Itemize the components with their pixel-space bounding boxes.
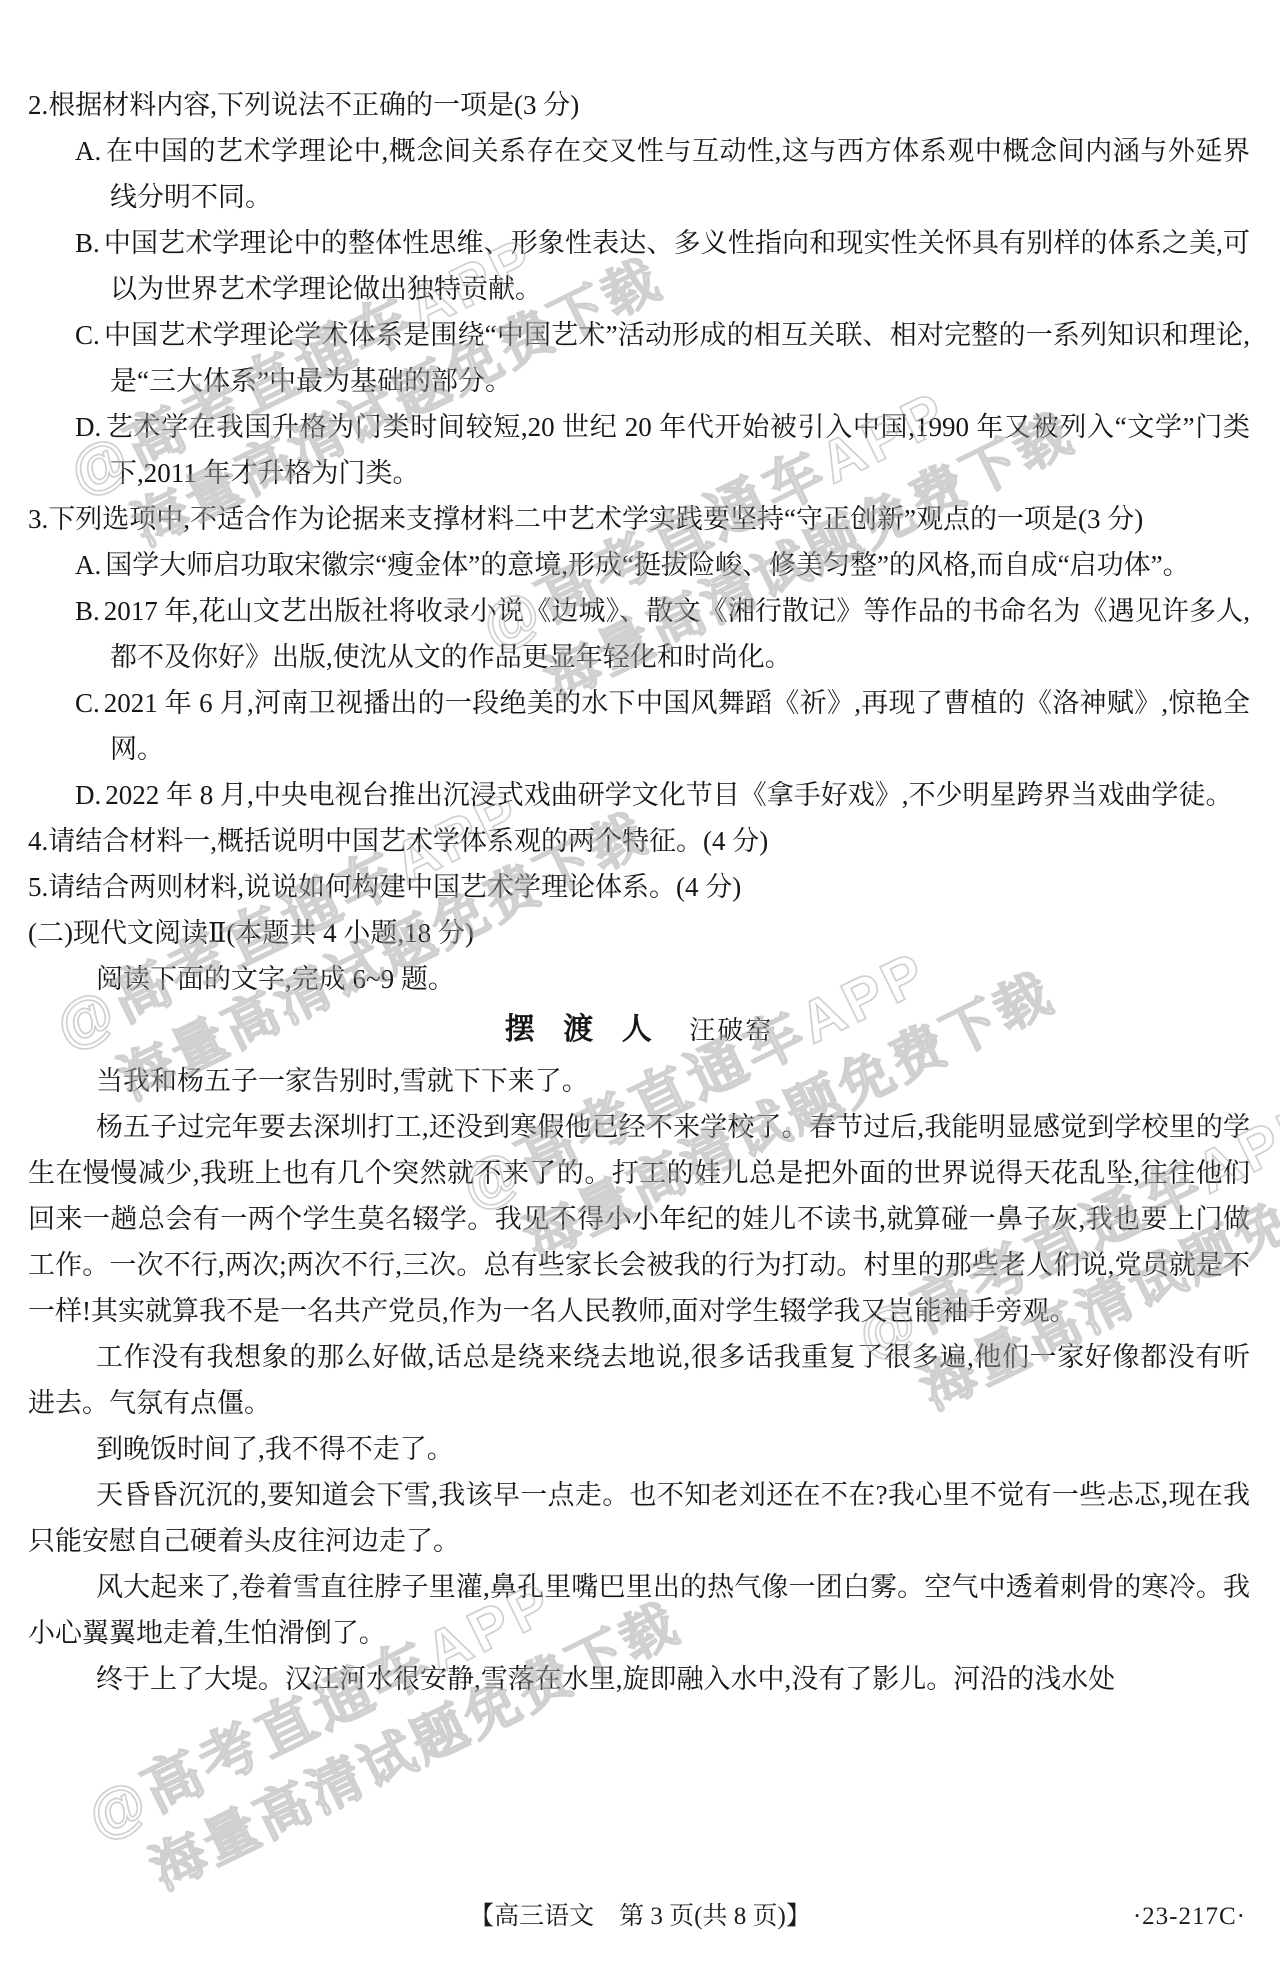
passage-title-line: 摆渡人汪破窑 <box>28 1002 1250 1058</box>
question-5-number: 5. <box>28 872 48 902</box>
question-3-option-d: D.2022 年 8 月,中央电视台推出沉浸式戏曲研学文化节目《拿手好戏》,不少… <box>28 772 1250 818</box>
question-3-option-c: C.2021 年 6 月,河南卫视播出的一段绝美的水下中国风舞蹈《祈》,再现了曹… <box>28 680 1250 772</box>
option-label: A. <box>75 136 101 166</box>
question-4-number: 4. <box>28 826 48 856</box>
option-text: 在中国的艺术学理论中,概念间关系存在交叉性与互动性,这与西方体系观中概念间内涵与… <box>105 136 1250 212</box>
option-text: 艺术学在我国升格为门类时间较短,20 世纪 20 年代开始被引入中国,1990 … <box>105 412 1250 488</box>
page-footer: 【高三语文 第 3 页(共 8 页)】 ·23-217C· <box>0 1897 1280 1937</box>
option-label: A. <box>75 550 101 580</box>
passage-title: 摆渡人 <box>505 1013 681 1046</box>
question-4-text: 请结合材料一,概括说明中国艺术学体系观的两个特征。(4 分) <box>48 826 768 856</box>
option-text: 中国艺术学理论中的整体性思维、形象性表达、多义性指向和现实性关怀具有别样的体系之… <box>104 228 1250 304</box>
option-text: 2017 年,花山文艺出版社将收录小说《边城》、散文《湘行散记》等作品的书命名为… <box>104 596 1250 672</box>
question-2-option-b: B.中国艺术学理论中的整体性思维、形象性表达、多义性指向和现实性关怀具有别样的体… <box>28 220 1250 312</box>
question-5-text: 请结合两则材料,说说如何构建中国艺术学理论体系。(4 分) <box>48 872 741 902</box>
question-3-option-a: A.国学大师启功取宋徽宗“瘦金体”的意境,形成“挺拔险峻、修美匀整”的风格,而自… <box>28 542 1250 588</box>
section-2-heading: (二)现代文阅读Ⅱ(本题共 4 小题,18 分) <box>28 910 1250 956</box>
option-label: D. <box>75 412 101 442</box>
question-2-option-c: C.中国艺术学理论学术体系是围绕“中国艺术”活动形成的相互关联、相对完整的一系列… <box>28 312 1250 404</box>
passage-paragraph: 天昏昏沉沉的,要知道会下雪,我该早一点走。也不知老刘还在不在?我心里不觉有一些忐… <box>28 1472 1250 1564</box>
passage-paragraph: 当我和杨五子一家告别时,雪就下下来了。 <box>28 1058 1250 1104</box>
question-2-stem: 2.根据材料内容,下列说法不正确的一项是(3 分) <box>28 82 1250 128</box>
reading-instruction: 阅读下面的文字,完成 6~9 题。 <box>28 956 1250 1002</box>
question-2-option-a: A.在中国的艺术学理论中,概念间关系存在交叉性与互动性,这与西方体系观中概念间内… <box>28 128 1250 220</box>
question-5-stem: 5.请结合两则材料,说说如何构建中国艺术学理论体系。(4 分) <box>28 864 1250 910</box>
passage-paragraph: 终于上了大堤。汉江河水很安静,雪落在水里,旋即融入水中,没有了影儿。河沿的浅水处 <box>28 1656 1250 1702</box>
question-2-option-d: D.艺术学在我国升格为门类时间较短,20 世纪 20 年代开始被引入中国,199… <box>28 404 1250 496</box>
question-3-stem: 3.下列选项中,不适合作为论据来支撑材料二中艺术学实践要坚持“守正创新”观点的一… <box>28 496 1250 542</box>
option-text: 2022 年 8 月,中央电视台推出沉浸式戏曲研学文化节目《拿手好戏》,不少明星… <box>105 780 1232 810</box>
passage-paragraph: 风大起来了,卷着雪直往脖子里灌,鼻孔里嘴巴里出的热气像一团白雾。空气中透着刺骨的… <box>28 1564 1250 1656</box>
option-text: 2021 年 6 月,河南卫视播出的一段绝美的水下中国风舞蹈《祈》,再现了曹植的… <box>104 688 1250 764</box>
passage-author: 汪破窑 <box>689 1016 773 1045</box>
question-3-number: 3. <box>28 504 48 534</box>
footer-paper-code: ·23-217C· <box>1133 1897 1246 1937</box>
footer-page-info: 【高三语文 第 3 页(共 8 页)】 <box>469 1903 811 1930</box>
question-2-number: 2. <box>28 90 48 120</box>
question-3-option-b: B.2017 年,花山文艺出版社将收录小说《边城》、散文《湘行散记》等作品的书命… <box>28 588 1250 680</box>
question-3-text: 下列选项中,不适合作为论据来支撑材料二中艺术学实践要坚持“守正创新”观点的一项是… <box>48 504 1143 534</box>
option-label: B. <box>75 596 100 626</box>
exam-page: 2.根据材料内容,下列说法不正确的一项是(3 分) A.在中国的艺术学理论中,概… <box>0 0 1280 1979</box>
option-text: 中国艺术学理论学术体系是围绕“中国艺术”活动形成的相互关联、相对完整的一系列知识… <box>104 320 1250 396</box>
option-label: C. <box>75 320 100 350</box>
question-2-text: 根据材料内容,下列说法不正确的一项是(3 分) <box>48 90 579 120</box>
question-4-stem: 4.请结合材料一,概括说明中国艺术学体系观的两个特征。(4 分) <box>28 818 1250 864</box>
passage-paragraph: 杨五子过完年要去深圳打工,还没到寒假他已经不来学校了。春节过后,我能明显感觉到学… <box>28 1104 1250 1334</box>
option-label: D. <box>75 780 101 810</box>
option-text: 国学大师启功取宋徽宗“瘦金体”的意境,形成“挺拔险峻、修美匀整”的风格,而自成“… <box>105 550 1189 580</box>
option-label: B. <box>75 228 100 258</box>
passage-paragraph: 到晚饭时间了,我不得不走了。 <box>28 1426 1250 1472</box>
option-label: C. <box>75 688 100 718</box>
passage-paragraph: 工作没有我想象的那么好做,话总是绕来绕去地说,很多话我重复了很多遍,他们一家好像… <box>28 1334 1250 1426</box>
